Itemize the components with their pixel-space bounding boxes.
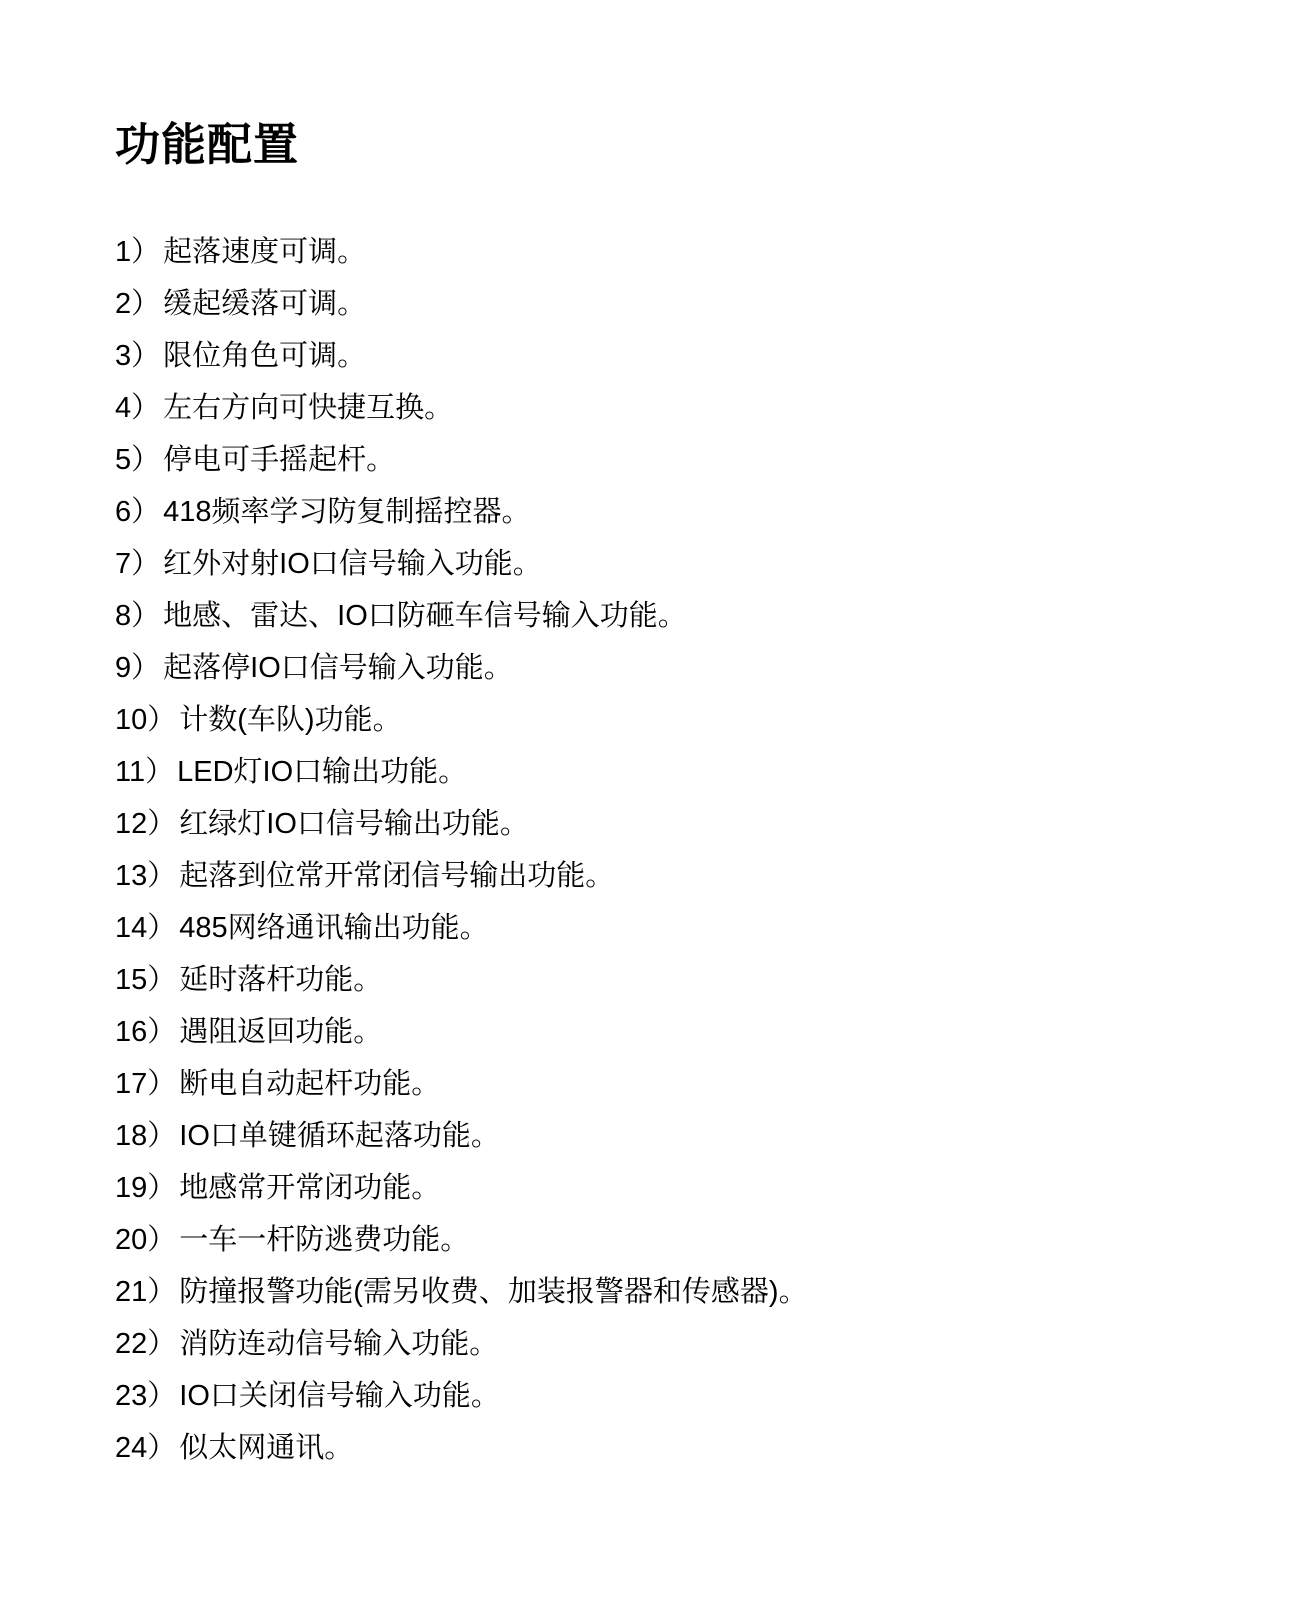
item-text: LED灯IO口输出功能。 <box>177 756 467 788</box>
item-text: 似太网通讯。 <box>179 1432 353 1464</box>
item-text: 延时落杆功能。 <box>179 964 382 996</box>
item-number: 8） <box>115 600 160 632</box>
item-number: 10） <box>115 704 176 736</box>
item-number: 15） <box>115 964 176 996</box>
list-item: 20）一车一杆防逃费功能。 <box>115 1214 1220 1266</box>
item-text: 限位角色可调。 <box>163 340 366 372</box>
list-item: 1）起落速度可调。 <box>115 226 1220 278</box>
item-number: 6） <box>115 496 160 528</box>
item-text: 起落到位常开常闭信号输出功能。 <box>179 860 614 892</box>
item-number: 12） <box>115 808 176 840</box>
list-item: 24）似太网通讯。 <box>115 1422 1220 1474</box>
item-number: 13） <box>115 860 176 892</box>
item-text: 红绿灯IO口信号输出功能。 <box>179 808 529 840</box>
item-number: 23） <box>115 1380 176 1412</box>
item-number: 24） <box>115 1432 176 1464</box>
list-item: 6）418频率学习防复制摇控器。 <box>115 486 1220 538</box>
document-page: 功能配置 1）起落速度可调。 2）缓起缓落可调。 3）限位角色可调。 4）左右方… <box>0 0 1300 1614</box>
item-text: 地感常开常闭功能。 <box>179 1172 440 1204</box>
item-number: 7） <box>115 548 160 580</box>
list-item: 11）LED灯IO口输出功能。 <box>115 746 1220 798</box>
item-text: 遇阻返回功能。 <box>179 1016 382 1048</box>
list-item: 19）地感常开常闭功能。 <box>115 1162 1220 1214</box>
list-item: 17）断电自动起杆功能。 <box>115 1058 1220 1110</box>
item-number: 5） <box>115 444 160 476</box>
item-text: 缓起缓落可调。 <box>163 288 366 320</box>
page-title: 功能配置 <box>115 118 1220 172</box>
list-item: 10）计数(车队)功能。 <box>115 694 1220 746</box>
list-item: 8）地感、雷达、IO口防砸车信号输入功能。 <box>115 590 1220 642</box>
item-number: 20） <box>115 1224 176 1256</box>
list-item: 16）遇阻返回功能。 <box>115 1006 1220 1058</box>
item-text: IO口单键循环起落功能。 <box>179 1120 500 1152</box>
item-number: 9） <box>115 652 160 684</box>
item-number: 18） <box>115 1120 176 1152</box>
list-item: 23）IO口关闭信号输入功能。 <box>115 1370 1220 1422</box>
item-text: 起落速度可调。 <box>163 236 366 268</box>
item-text: 起落停IO口信号输入功能。 <box>163 652 513 684</box>
list-item: 18）IO口单键循环起落功能。 <box>115 1110 1220 1162</box>
list-item: 14）485网络通讯输出功能。 <box>115 902 1220 954</box>
list-item: 3）限位角色可调。 <box>115 330 1220 382</box>
item-text: 计数(车队)功能。 <box>179 704 401 736</box>
list-item: 4）左右方向可快捷互换。 <box>115 382 1220 434</box>
item-number: 22） <box>115 1328 176 1360</box>
item-text: 消防连动信号输入功能。 <box>179 1328 498 1360</box>
list-item: 15）延时落杆功能。 <box>115 954 1220 1006</box>
item-text: 左右方向可快捷互换。 <box>163 392 453 424</box>
item-text: 地感、雷达、IO口防砸车信号输入功能。 <box>163 600 687 632</box>
list-item: 21）防撞报警功能(需另收费、加装报警器和传感器)。 <box>115 1266 1220 1318</box>
list-item: 22）消防连动信号输入功能。 <box>115 1318 1220 1370</box>
item-number: 1） <box>115 236 160 268</box>
item-text: 断电自动起杆功能。 <box>179 1068 440 1100</box>
feature-list: 1）起落速度可调。 2）缓起缓落可调。 3）限位角色可调。 4）左右方向可快捷互… <box>115 226 1220 1474</box>
item-text: 红外对射IO口信号输入功能。 <box>163 548 542 580</box>
item-number: 14） <box>115 912 176 944</box>
item-number: 2） <box>115 288 160 320</box>
item-number: 19） <box>115 1172 176 1204</box>
item-text: IO口关闭信号输入功能。 <box>179 1380 500 1412</box>
list-item: 5）停电可手摇起杆。 <box>115 434 1220 486</box>
list-item: 9）起落停IO口信号输入功能。 <box>115 642 1220 694</box>
item-text: 485网络通讯输出功能。 <box>179 912 488 944</box>
item-number: 16） <box>115 1016 176 1048</box>
item-text: 418频率学习防复制摇控器。 <box>163 496 530 528</box>
item-number: 17） <box>115 1068 176 1100</box>
item-number: 21） <box>115 1276 176 1308</box>
item-text: 一车一杆防逃费功能。 <box>179 1224 469 1256</box>
item-number: 11） <box>115 756 174 788</box>
item-text: 防撞报警功能(需另收费、加装报警器和传感器)。 <box>179 1276 807 1308</box>
list-item: 2）缓起缓落可调。 <box>115 278 1220 330</box>
item-number: 3） <box>115 340 160 372</box>
list-item: 7）红外对射IO口信号输入功能。 <box>115 538 1220 590</box>
list-item: 13）起落到位常开常闭信号输出功能。 <box>115 850 1220 902</box>
item-number: 4） <box>115 392 160 424</box>
list-item: 12）红绿灯IO口信号输出功能。 <box>115 798 1220 850</box>
item-text: 停电可手摇起杆。 <box>163 444 395 476</box>
